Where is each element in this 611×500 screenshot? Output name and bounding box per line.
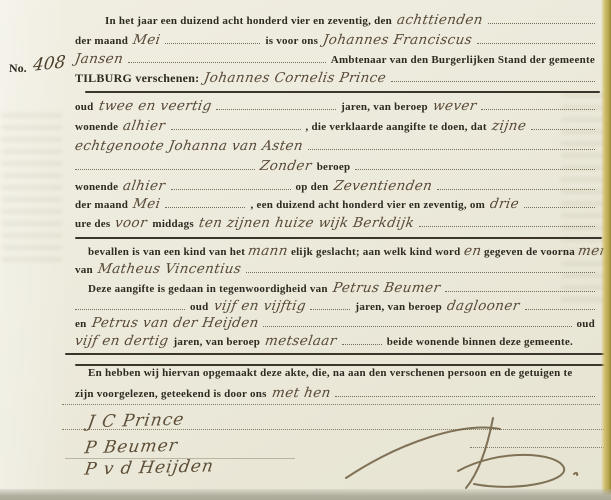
printed-both-residing-label: beide wonende binnen deze gemeente.: [387, 336, 573, 348]
dotted-rule: [165, 205, 245, 208]
handwritten-birth-place: ten zijnen huize wijk Berkdijk: [198, 215, 416, 231]
birth-month-line: der maand Mei , een duizend acht honderd…: [75, 196, 595, 212]
printed-occupation-label: beroep: [317, 161, 351, 173]
dotted-rule: [525, 307, 595, 310]
handwritten-birth-hour: drie: [489, 196, 521, 212]
page-edge: [601, 0, 611, 500]
handwritten-child-names: Matheus Vincentius: [97, 261, 243, 277]
declarant-age-line: oud twee en veertig jaren, van beroep we…: [75, 98, 595, 114]
printed-years-label3: jaren, van beroep: [173, 336, 260, 348]
dotted-rule: [310, 307, 350, 310]
declarant-residence-line: wonende alhier , die verklaarde aangifte…: [75, 118, 595, 134]
printed-born-label: bevallen is van een kind van het: [88, 246, 245, 258]
handwritten-spouse-occupation: Zonder: [259, 158, 313, 174]
intro-line-4: TILBURG verschenen: Johannes Cornelis Pr…: [75, 70, 595, 86]
dotted-rule: [246, 270, 595, 273]
handwritten-declarant-name: Johannes Cornelis Prince: [203, 70, 388, 86]
intro-line-2: der maand Mei is voor ons Johannes Franc…: [75, 32, 595, 48]
handwritten-official-firstnames: Johannes Franciscus: [322, 32, 474, 48]
section-divider: [75, 364, 605, 366]
dotted-rule: [128, 60, 326, 63]
witness1-line: Deze aangifte is gedaan in tegenwoordigh…: [88, 280, 595, 296]
witness1-age-line: oud vijf en vijftig jaren, van beroep da…: [75, 298, 595, 314]
handwritten-witness1-name: Petrus Beumer: [331, 280, 441, 296]
closing-line-1: En hebben wij hiervan opgemaakt deze akt…: [88, 367, 603, 379]
birth-day-line: wonende alhier op den Zeventienden: [75, 178, 595, 194]
printed-month-label: der maand: [75, 35, 128, 47]
printed-year-phrase: In het jaar een duizend acht honderd vie…: [105, 15, 392, 27]
printed-given-label: gegeven de voorna: [484, 246, 575, 258]
handwritten-birth-month: Mei: [132, 196, 162, 212]
handwritten-witness2-name: Petrus van der Heijden: [90, 315, 259, 331]
printed-hour-label: ure des: [75, 218, 110, 230]
dotted-rule: [342, 342, 382, 345]
handwritten-official-surname: Jansen: [74, 51, 125, 67]
scan-bottom-band: [0, 489, 611, 500]
closing-line-2: zijn voorgelezen, geteekend is door ons …: [75, 385, 595, 401]
spouse-line: echtgenoote Johanna van Asten: [75, 138, 595, 154]
witness2-age-line: vijf en dertig jaren, van beroep metsela…: [75, 333, 595, 349]
child-names-line: van Matheus Vincentius: [75, 261, 595, 277]
official-signature: [338, 416, 588, 491]
witness2-line: en Petrus van der Heijden oud: [75, 315, 595, 331]
handwritten-witness2-age: vijf en dertig: [74, 333, 170, 349]
handwritten-witness2-occupation: metselaar: [264, 333, 338, 349]
intro-line-3: Jansen Ambtenaar van den Burgerlijken St…: [75, 51, 595, 67]
section-divider: [75, 237, 602, 239]
dotted-rule: [171, 187, 291, 190]
handwritten-month: Mei: [132, 32, 162, 48]
handwritten-witness1-age: vijf en vijftig: [212, 298, 306, 314]
printed-year2-label: , een duizend acht honderd vier en zeven…: [250, 199, 485, 211]
handwritten-residence2: alhier: [122, 178, 167, 194]
handwritten-word-suffix: en: [462, 243, 482, 259]
dotted-rule: [481, 107, 595, 110]
dotted-rule: [171, 127, 301, 130]
handwritten-his: zijne: [490, 118, 527, 134]
dotted-rule: [488, 21, 595, 24]
dotted-rule: [263, 324, 571, 327]
printed-residing-label: wonende: [75, 121, 118, 133]
dotted-rule: [419, 224, 595, 227]
printed-years-occupation: jaren, van beroep: [341, 101, 428, 113]
handwritten-with-them: met hen: [270, 385, 331, 401]
printed-residing2-label: wonende: [75, 181, 118, 193]
handwritten-declarant-occupation: wever: [432, 98, 478, 114]
signature-rule: [62, 404, 600, 405]
printed-presence-label: Deze aangifte is gedaan in tegenwoordigh…: [88, 283, 328, 295]
printed-registrar-title: Ambtenaar van den Burgerlijken Stand der…: [331, 54, 595, 66]
section-divider: [85, 91, 600, 93]
signature-witness2: P v d Heijden: [83, 456, 215, 479]
handwritten-declarant-age: twee en veertig: [97, 98, 212, 114]
printed-before-us: is voor ons: [265, 35, 318, 47]
dotted-rule: [437, 187, 595, 190]
handwritten-spouse-name: echtgenoote Johanna van Asten: [74, 138, 305, 154]
printed-on-the-label: op den: [296, 181, 329, 193]
dotted-rule: [216, 107, 336, 110]
signature-declarant: J C Prince: [86, 410, 186, 433]
handwritten-witness1-occupation: daglooner: [446, 298, 521, 314]
printed-of-label: van: [75, 264, 93, 276]
dotted-rule: [391, 79, 595, 82]
birth-place-line: ure des voor middags ten zijnen huize wi…: [75, 215, 595, 231]
dotted-rule: [165, 41, 260, 44]
signature-witness1: P Beumer: [83, 436, 179, 458]
section-divider: [65, 353, 605, 355]
dotted-rule: [75, 307, 185, 310]
printed-old-label3: oud: [577, 318, 596, 330]
handwritten-day: achttienden: [396, 12, 484, 28]
dotted-rule: [524, 205, 595, 208]
intro-line-1: In het jaar een duizend acht honderd vie…: [105, 12, 595, 28]
handwritten-declarant-residence: alhier: [122, 118, 167, 134]
dotted-rule: [75, 167, 255, 170]
dotted-rule: [531, 127, 595, 130]
spouse-occupation-line: Zonder beroep: [75, 158, 595, 174]
act-number-label: No.: [9, 61, 27, 76]
printed-month2-label: der maand: [75, 199, 128, 211]
printed-and-label: en: [75, 318, 87, 330]
printed-tilburg-appeared: TILBURG verschenen:: [75, 71, 199, 86]
printed-years-label2: jaren, van beroep: [355, 301, 442, 313]
handwritten-birth-day: Zeventienden: [332, 178, 433, 194]
printed-old-label: oud: [75, 101, 94, 113]
handwritten-daypart: voor: [114, 215, 148, 231]
dotted-rule: [477, 41, 595, 44]
printed-gender-label: elijk geslacht; aan welk kind word: [291, 246, 461, 258]
printed-closing-sentence: En hebben wij hiervan opgemaakt deze akt…: [88, 367, 573, 379]
dotted-rule: [335, 394, 595, 397]
printed-signed-label: zijn voorgelezen, geteekend is door ons: [75, 388, 267, 400]
handwritten-gender: mann: [247, 243, 289, 259]
printed-daypart-label: middags: [152, 218, 194, 230]
child-gender-line: bevallen is van een kind van het mann el…: [88, 243, 603, 259]
dotted-rule: [308, 147, 595, 150]
printed-old-label2: oud: [190, 301, 209, 313]
printed-declaration-label: , die verklaarde aangifte te doen, dat: [306, 121, 487, 133]
dotted-rule: [445, 289, 595, 292]
dotted-rule: [355, 167, 595, 170]
act-number-value: 408: [32, 52, 66, 76]
document-page: No. 408 In het jaar een duizend acht hon…: [0, 0, 611, 500]
